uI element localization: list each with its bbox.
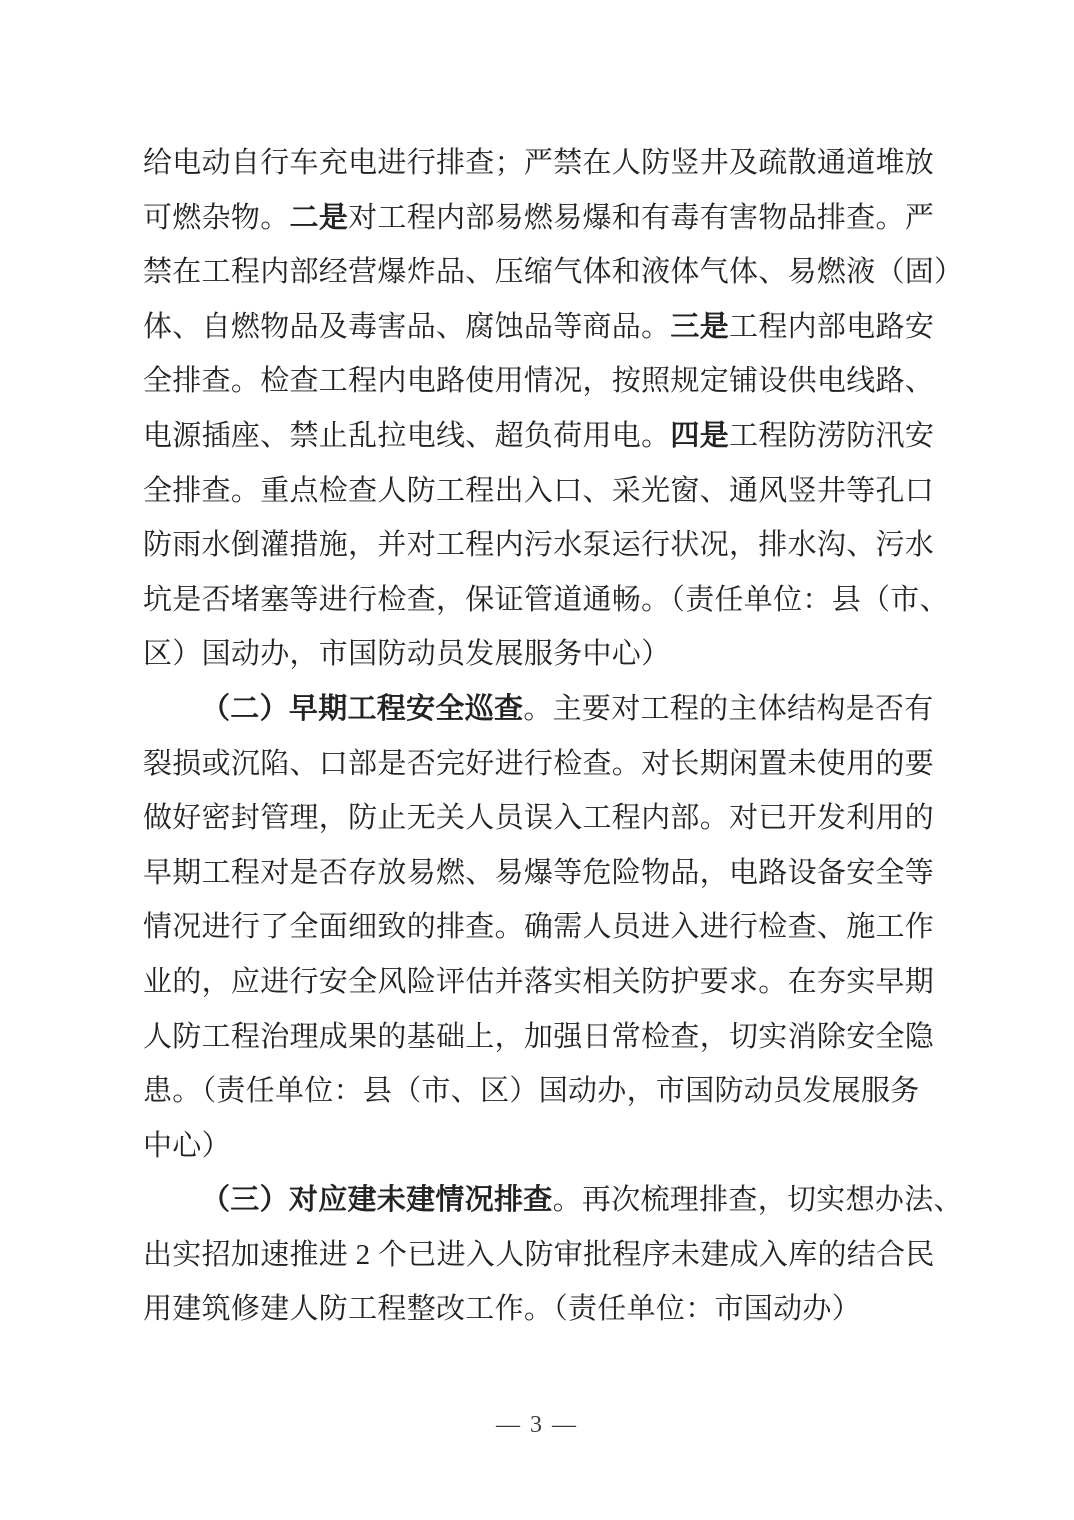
document-body: 给电动自行车充电进行排查；严禁在人防竖井及疏散通道堆放可燃杂物。二是对工程内部易… [143,136,958,1337]
text-line: 电源插座、禁止乱拉电线、超负荷用电。四是工程防涝防汛安 [143,409,958,464]
text-line: 全排查。检查工程内电路使用情况，按照规定铺设供电线路、 [143,354,958,409]
text-line: 做好密封管理，防止无关人员误入工程内部。对已开发利用的 [143,791,958,846]
para-built-unbuilt-situation-check: （三）对应建未建情况排查。再次梳理排查，切实想办法、出实招加速推进 2 个已进入… [143,1173,958,1337]
text-run: 业的，应进行安全风险评估并落实相关防护要求。在夯实早期 [143,966,934,998]
text-line: （三）对应建未建情况排查。再次梳理排查，切实想办法、 [143,1173,958,1228]
text-line: 区）国动办，市国防动员发展服务中心） [143,627,958,682]
text-line: 业的，应进行安全风险评估并落实相关防护要求。在夯实早期 [143,955,958,1010]
text-run: 区）国动办，市国防动员发展服务中心） [143,638,670,670]
text-line: 可燃杂物。二是对工程内部易燃易爆和有毒有害物品排查。严 [143,191,958,246]
text-run: 可燃杂物。 [143,202,290,234]
text-run: 工程内部电路安 [729,311,934,343]
page-number-label: — 3 — [496,1412,578,1438]
text-line: （二）早期工程安全巡查。主要对工程的主体结构是否有 [143,682,958,737]
bold-text-run: （二）早期工程安全巡查 [201,693,523,725]
text-run: 中心） [143,1130,231,1162]
text-run: 。再次梳理排查，切实想办法、 [553,1184,963,1216]
text-run: 对工程内部易燃易爆和有毒有害物品排查。严 [348,202,934,234]
text-run: 坑是否堵塞等进行检查，保证管道通畅。（责任单位：县（市、 [143,584,949,616]
text-line: 中心） [143,1119,958,1174]
text-line: 全排查。重点检查人防工程出入口、采光窗、通风竖井等孔口 [143,464,958,519]
text-line: 禁在工程内部经营爆炸品、压缩气体和液体气体、易燃液（固） [143,245,958,300]
text-run: 人防工程治理成果的基础上，加强日常检查，切实消除安全隐 [143,1021,934,1053]
text-line: 人防工程治理成果的基础上，加强日常检查，切实消除安全隐 [143,1010,958,1065]
text-run: 全排查。重点检查人防工程出入口、采光窗、通风竖井等孔口 [143,475,934,507]
text-line: 早期工程对是否存放易燃、易爆等危险物品，电路设备安全等 [143,846,958,901]
text-line: 给电动自行车充电进行排查；严禁在人防竖井及疏散通道堆放 [143,136,958,191]
page-number: — 3 — [0,1408,1074,1442]
bold-text-run: 四是 [670,420,729,452]
text-line: 裂损或沉陷、口部是否完好进行检查。对长期闲置未使用的要 [143,737,958,792]
bold-text-run: 三是 [670,311,729,343]
text-line: 出实招加速推进 2 个已进入人防审批程序未建成入库的结合民 [143,1228,958,1283]
para-early-project-safety-patrol: （二）早期工程安全巡查。主要对工程的主体结构是否有裂损或沉陷、口部是否完好进行检… [143,682,958,1173]
text-line: 患。（责任单位：县（市、区）国动办，市国防动员发展服务 [143,1064,958,1119]
text-line: 防雨水倒灌措施，并对工程内污水泵运行状况，排水沟、污水 [143,518,958,573]
text-line: 情况进行了全面细致的排查。确需人员进入进行检查、施工作 [143,900,958,955]
text-run: 电源插座、禁止乱拉电线、超负荷用电。 [143,420,670,452]
text-run: 给电动自行车充电进行排查；严禁在人防竖井及疏散通道堆放 [143,147,934,179]
text-run: 工程防涝防汛安 [729,420,934,452]
text-run: 体、自燃物品及毒害品、腐蚀品等商品。 [143,311,670,343]
text-line: 体、自燃物品及毒害品、腐蚀品等商品。三是工程内部电路安 [143,300,958,355]
bold-text-run: 二是 [290,202,349,234]
para-fire-safety-continuation: 给电动自行车充电进行排查；严禁在人防竖井及疏散通道堆放可燃杂物。二是对工程内部易… [143,136,958,682]
bold-text-run: （三）对应建未建情况排查 [201,1184,553,1216]
text-run: 早期工程对是否存放易燃、易爆等危险物品，电路设备安全等 [143,857,934,889]
text-line: 坑是否堵塞等进行检查，保证管道通畅。（责任单位：县（市、 [143,573,958,628]
text-run: 出实招加速推进 2 个已进入人防审批程序未建成入库的结合民 [143,1239,935,1271]
text-run: 防雨水倒灌措施，并对工程内污水泵运行状况，排水沟、污水 [143,529,934,561]
text-run: 用建筑修建人防工程整改工作。（责任单位：市国动办） [143,1293,861,1325]
text-run: 做好密封管理，防止无关人员误入工程内部。对已开发利用的 [143,802,934,834]
text-run: 禁在工程内部经营爆炸品、压缩气体和液体气体、易燃液（固） [143,256,963,288]
document-page: 给电动自行车充电进行排查；严禁在人防竖井及疏散通道堆放可燃杂物。二是对工程内部易… [0,0,1074,1520]
text-run: 裂损或沉陷、口部是否完好进行检查。对长期闲置未使用的要 [143,748,934,780]
text-run: 患。（责任单位：县（市、区）国动办，市国防动员发展服务 [143,1075,920,1107]
text-run: 。主要对工程的主体结构是否有 [523,693,933,725]
text-run: 全排查。检查工程内电路使用情况，按照规定铺设供电线路、 [143,365,934,397]
text-line: 用建筑修建人防工程整改工作。（责任单位：市国动办） [143,1282,958,1337]
text-run: 情况进行了全面细致的排查。确需人员进入进行检查、施工作 [143,911,934,943]
